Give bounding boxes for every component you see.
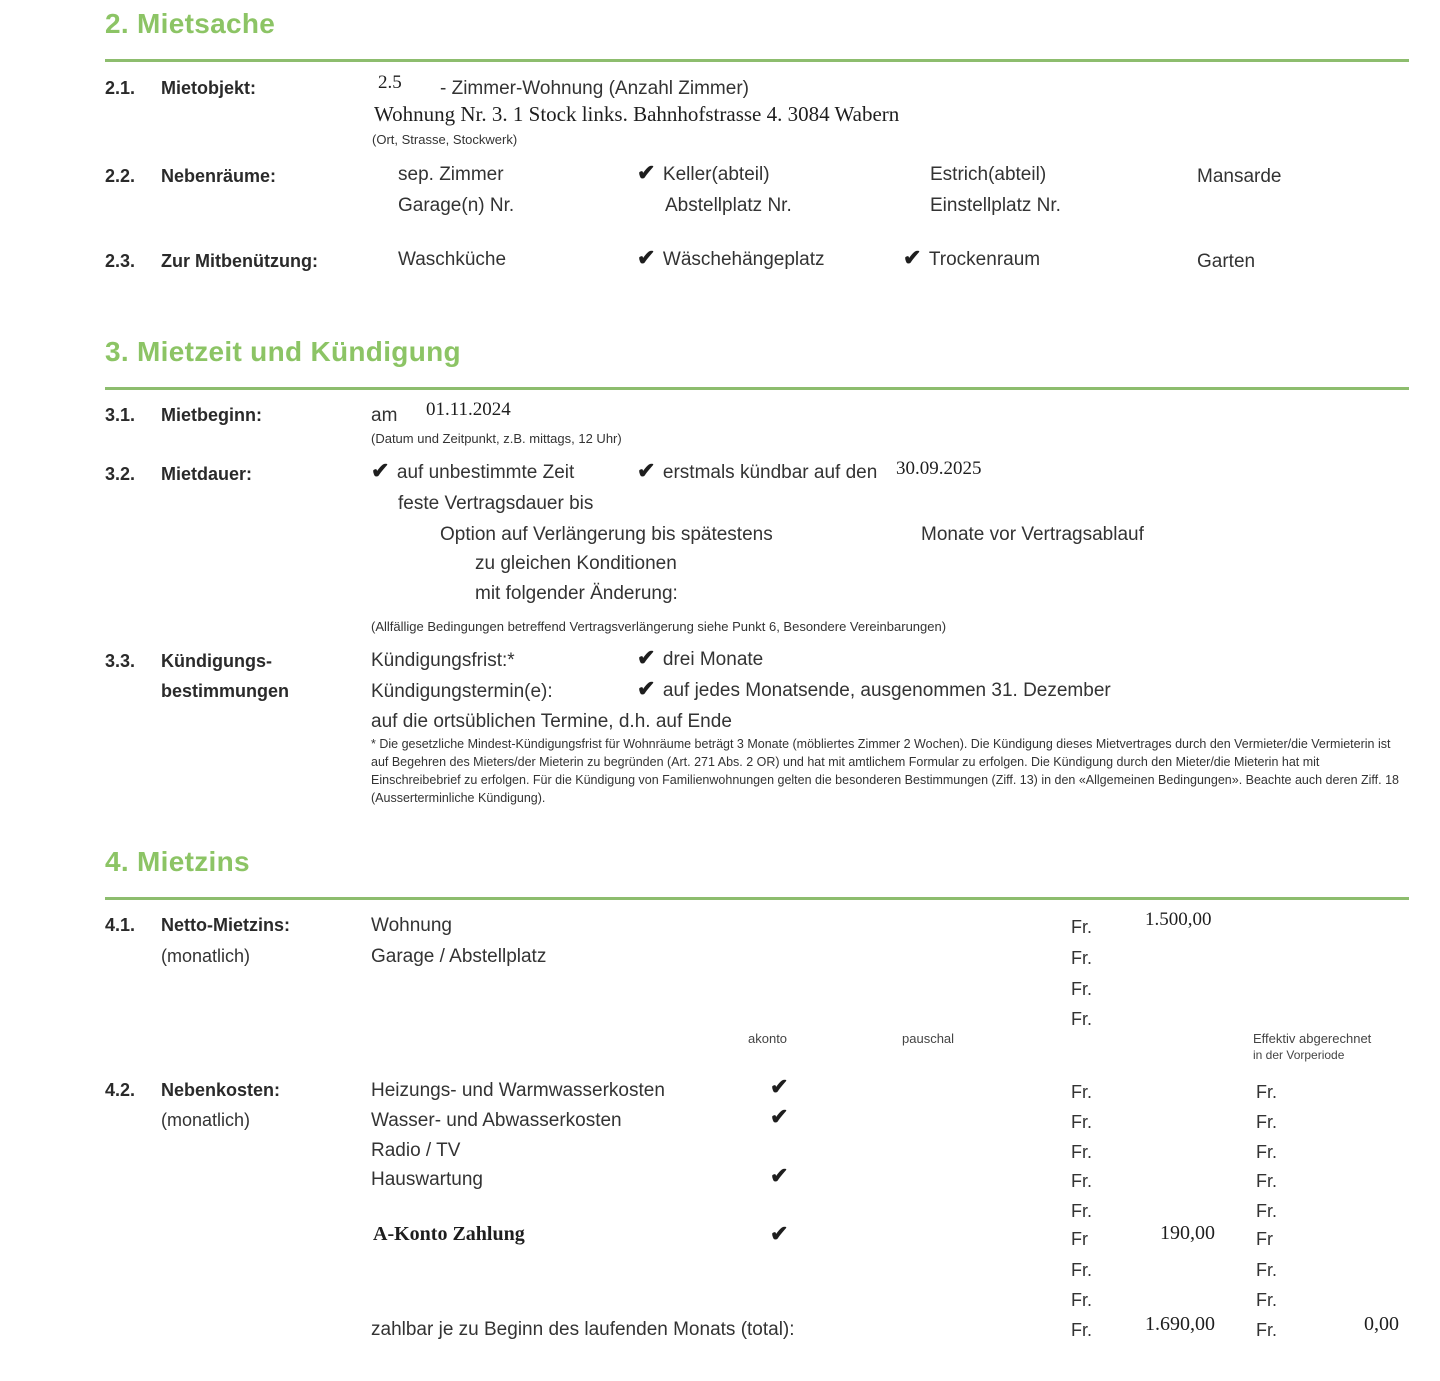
column-effektiv-sub: in der Vorperiode [1253,1048,1344,1062]
option-label: Estrich(abteil) [930,164,1046,185]
nebenkosten-row-currency: Fr. [1071,1082,1092,1103]
item-number: 2.1. [105,78,135,99]
mietbeginn-hint: (Datum und Zeitpunkt, z.B. mittags, 12 U… [371,431,622,446]
verlaengerung-note: (Allfällige Bedingungen betreffend Vertr… [371,619,946,634]
nebenkosten-row-eff-currency: Fr. [1256,1082,1277,1103]
rooms-field[interactable]: 2.5 [378,72,402,94]
kuendigung-label-line2: bestimmungen [161,681,289,702]
nebenkosten-row-eff-currency: Fr. [1256,1290,1277,1311]
nebenkosten-label: Nebenkosten: [161,1080,280,1101]
check-icon: ✔ [637,458,655,483]
kuendigungsfrist-label: Kündigungsfrist:* [371,650,515,672]
total-currency: Fr. [1071,1320,1092,1341]
section-3-title: 3. Mietzeit und Kündigung [105,336,461,368]
rooms-suffix: - Zimmer-Wohnung (Anzahl Zimmer) [440,78,749,100]
option-waschkueche[interactable]: Waschküche [398,249,506,271]
option-label: Wäschehängeplatz [663,249,825,270]
option-label: Keller(abteil) [663,164,770,185]
option-unbestimmt[interactable]: ✔ auf unbestimmte Zeit [371,458,574,484]
nebenkosten-row-eff-currency: Fr. [1256,1112,1277,1133]
option-label: auf unbestimmte Zeit [397,462,574,483]
option-abstellplatz[interactable]: Abstellplatz Nr. [665,195,792,217]
check-icon: ✔ [637,645,655,670]
option-label: Garage(n) Nr. [398,195,514,216]
nebenkosten-row-currency: Fr [1071,1229,1088,1250]
nebenkosten-row-label: Heizungs- und Warmwasserkosten [371,1080,665,1102]
item-number: 2.3. [105,251,135,272]
netto-row-label: Wohnung [371,915,452,937]
nebenkosten-row-eff-currency: Fr. [1256,1201,1277,1222]
item-number: 2.2. [105,166,135,187]
netto-mietzins-sub: (monatlich) [161,946,250,967]
nebenkosten-row-eff-currency: Fr [1256,1229,1273,1250]
option-gleiche-konditionen[interactable]: zu gleichen Konditionen [475,553,677,575]
nebenkosten-row-label: A-Konto Zahlung [373,1223,525,1246]
nebenkosten-row-currency: Fr. [1071,1142,1092,1163]
column-effektiv: Effektiv abgerechnet [1253,1031,1371,1046]
nebenkosten-row-eff-currency: Fr. [1256,1171,1277,1192]
kuendigung-footnote: * Die gesetzliche Mindest-Kündigungsfris… [371,735,1411,807]
netto-row-currency: Fr. [1071,979,1092,1000]
total-amount: 1.690,00 [1145,1313,1215,1336]
netto-row-currency: Fr. [1071,948,1092,969]
option-label: Mansarde [1197,166,1282,187]
option-drei-monate[interactable]: ✔ drei Monate [637,645,763,671]
netto-row-currency: Fr. [1071,917,1092,938]
netto-row-currency: Fr. [1071,1009,1092,1030]
kuendigung-label-line1: Kündigungs- [161,651,272,672]
check-icon: ✔ [637,676,655,701]
option-erstmals-kuendbar[interactable]: ✔ erstmals kündbar auf den [637,458,877,484]
option-feste-vertragsdauer[interactable]: feste Vertragsdauer bis [398,493,593,515]
nebenkosten-row-currency: Fr. [1071,1171,1092,1192]
netto-mietzins-label: Netto-Mietzins: [161,915,290,936]
option-label: Waschküche [398,249,506,270]
option-verlaengerung[interactable]: Option auf Verlängerung bis spätestens [440,524,773,546]
section-divider [105,59,1409,62]
nebenkosten-row-currency: Fr. [1071,1112,1092,1133]
item-number: 4.1. [105,915,135,936]
akonto-check-icon[interactable]: ✔ [770,1104,788,1130]
option-label: erstmals kündbar auf den [663,462,877,483]
section-divider [105,387,1409,390]
netto-row-amount-field[interactable]: 1.500,00 [1145,909,1212,931]
akonto-check-icon[interactable]: ✔ [770,1074,788,1100]
nebenkosten-sub: (monatlich) [161,1110,250,1131]
option-label: sep. Zimmer [398,164,504,185]
option-label: Trockenraum [929,249,1040,270]
total-eff-amount: 0,00 [1364,1313,1399,1336]
option-trockenraum[interactable]: ✔ Trockenraum [903,245,1040,271]
mietbeginn-prefix: am [371,405,397,427]
nebenkosten-row-label: Wasser- und Abwasserkosten [371,1110,622,1132]
nebenkosten-row-label: Radio / TV [371,1140,460,1162]
verlaengerung-suffix: Monate vor Vertragsablauf [921,524,1144,546]
option-label: Abstellplatz Nr. [665,195,792,216]
option-label: drei Monate [663,649,763,670]
check-icon: ✔ [637,245,655,270]
nebenraeume-label: Nebenräume: [161,166,276,187]
mietbeginn-label: Mietbeginn: [161,405,262,426]
option-folgende-aenderung[interactable]: mit folgender Änderung: [475,583,678,605]
option-mansarde[interactable]: Mansarde [1197,166,1282,188]
column-akonto: akonto [748,1031,787,1046]
nebenkosten-row-amount-field[interactable]: 190,00 [1160,1222,1215,1245]
section-2-title: 2. Mietsache [105,8,275,40]
nebenkosten-row-currency: Fr. [1071,1260,1092,1281]
option-garten[interactable]: Garten [1197,251,1255,273]
nebenkosten-row-label: Hauswartung [371,1169,483,1191]
mietbeginn-date-field[interactable]: 01.11.2024 [426,399,511,421]
option-keller[interactable]: ✔ Keller(abteil) [637,160,770,186]
option-label: Garten [1197,251,1255,272]
section-4-title: 4. Mietzins [105,846,250,878]
option-label: Einstellplatz Nr. [930,195,1061,216]
mitbenuetzung-label: Zur Mitbenützung: [161,251,318,272]
option-einstellplatz[interactable]: Einstellplatz Nr. [930,195,1061,217]
check-icon: ✔ [371,458,389,483]
option-waeschehaengeplatz[interactable]: ✔ Wäschehängeplatz [637,245,825,271]
kuendigungstermin-label: Kündigungstermin(e): [371,681,553,703]
option-monatsende[interactable]: ✔ auf jedes Monatsende, ausgenommen 31. … [637,676,1111,702]
option-ortsuebliche-termine[interactable]: auf die ortsüblichen Termine, d.h. auf E… [371,711,732,733]
total-eff-currency: Fr. [1256,1320,1277,1341]
nebenkosten-row-eff-currency: Fr. [1256,1260,1277,1281]
option-label: auf jedes Monatsende, ausgenommen 31. De… [663,680,1111,701]
address-field[interactable]: Wohnung Nr. 3. 1 Stock links. Bahnhofstr… [374,102,899,127]
option-sep-zimmer[interactable]: sep. Zimmer [372,164,504,186]
item-number: 3.3. [105,651,135,672]
option-garage[interactable]: Garage(n) Nr. [398,195,514,217]
section-divider [105,897,1409,900]
item-number: 3.2. [105,464,135,485]
mietdauer-label: Mietdauer: [161,464,252,485]
total-label: zahlbar je zu Beginn des laufenden Monat… [371,1319,795,1341]
option-estrich[interactable]: Estrich(abteil) [930,164,1046,186]
address-hint: (Ort, Strasse, Stockwerk) [372,132,517,147]
check-icon: ✔ [637,160,655,185]
item-number: 4.2. [105,1080,135,1101]
nebenkosten-row-currency: Fr. [1071,1201,1092,1222]
nebenkosten-row-currency: Fr. [1071,1290,1092,1311]
kuendbar-date-field[interactable]: 30.09.2025 [896,458,982,480]
mietobjekt-label: Mietobjekt: [161,78,256,99]
akonto-check-icon[interactable]: ✔ [770,1221,788,1247]
nebenkosten-row-eff-currency: Fr. [1256,1142,1277,1163]
item-number: 3.1. [105,405,135,426]
akonto-check-icon[interactable]: ✔ [770,1163,788,1189]
check-icon: ✔ [903,245,921,270]
column-pauschal: pauschal [902,1031,954,1046]
netto-row-label: Garage / Abstellplatz [371,946,546,968]
